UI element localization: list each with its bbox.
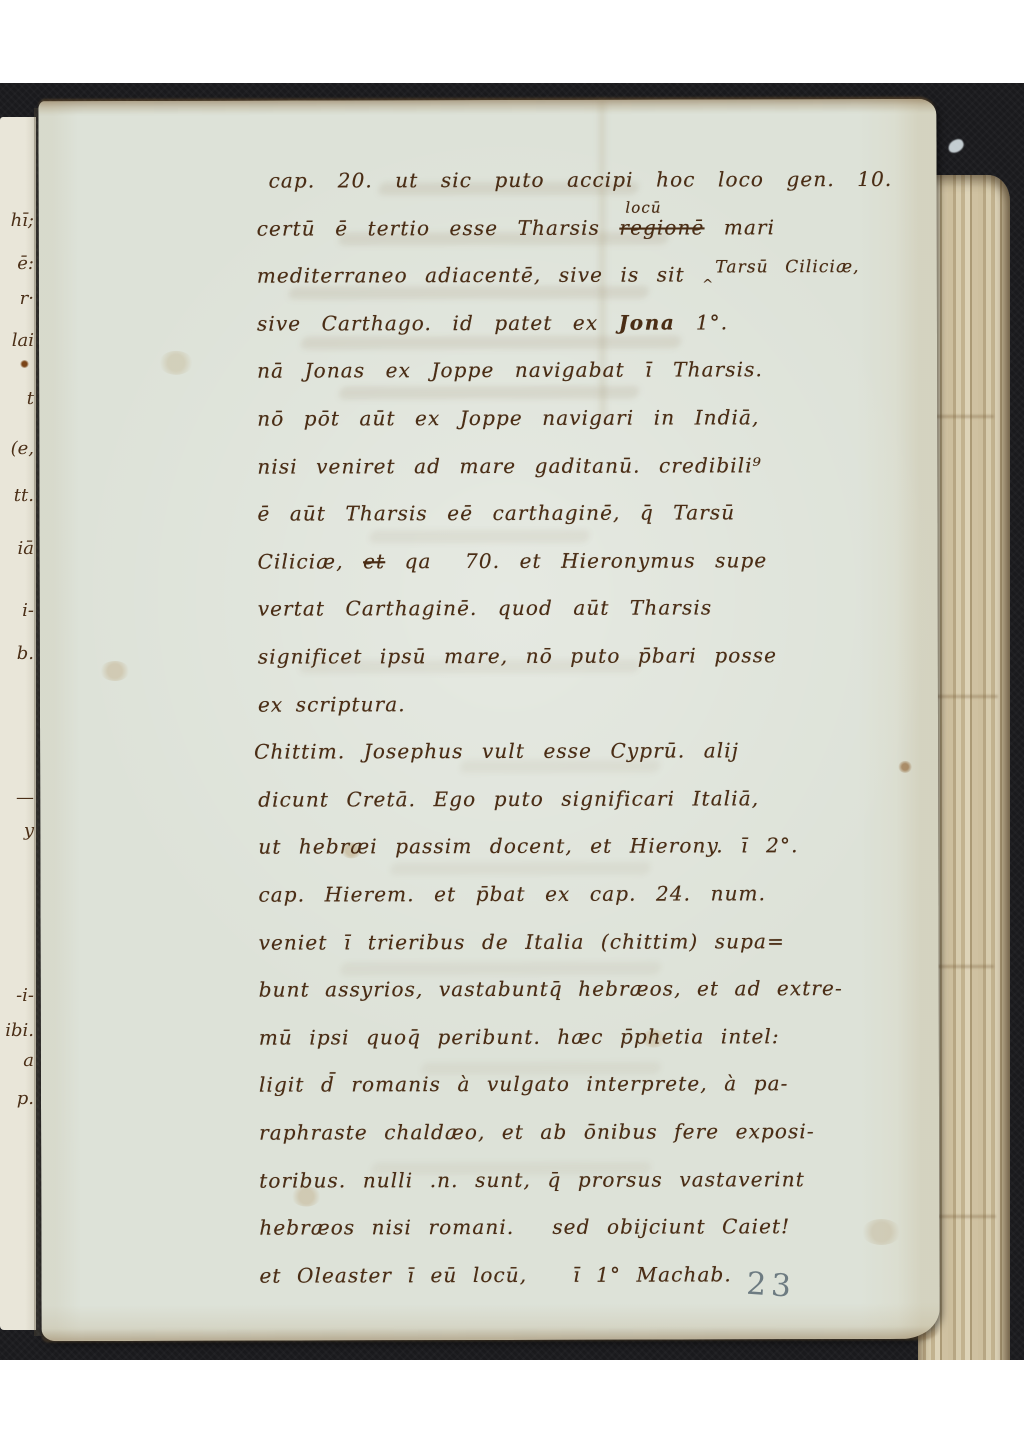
manuscript-line: raphraste chaldæo, et ab ōnibus fere exp… — [259, 1119, 815, 1144]
manuscript-line: mediterraneo adiacentē, sive is sit ^Tar… — [257, 262, 860, 288]
left-page-fragment: a — [0, 1050, 34, 1071]
scan-margin-top — [0, 0, 1024, 83]
text-block: cap. 20. ut sic puto accipi hoc loco gen… — [38, 99, 939, 1341]
manuscript-line: sive Carthago. id patet ex Jona 1°. — [257, 310, 728, 335]
manuscript-line: cap. Hierem. et p̄bat ex cap. 24. num. — [258, 881, 766, 906]
left-page-fragment: -i- — [0, 985, 34, 1006]
interline-insertion: Tarsū Ciliciæ, — [715, 257, 859, 277]
manuscript-line: hebræos nisi romani.sed obijciunt Caiet! — [259, 1214, 790, 1239]
manuscript-line: dicunt Cretā. Ego puto significari Itali… — [258, 786, 759, 811]
manuscript-line: ut hebræi passim docent, et Hierony. ī 2… — [258, 833, 798, 858]
manuscript-line: mū ipsi quoq̄ peribunt. hæc p̄phetia int… — [259, 1024, 780, 1049]
manuscript-line: nisi veniret ad mare gaditanū. credibili… — [257, 453, 762, 478]
left-page-fragment: y — [0, 820, 34, 841]
left-page-fragment: — — [0, 787, 34, 808]
manuscript-line: toribus. nulli .n. sunt, q̄ prorsus vast… — [259, 1167, 805, 1192]
manuscript-line: certū ē tertio esse Tharsis locūregionē … — [257, 215, 776, 240]
manuscript-line: ligit d̄ romanis à vulgato interprete, à… — [259, 1071, 789, 1096]
manuscript-line: significet ipsū mare, nō puto p̄bari pos… — [258, 643, 777, 668]
left-page-fragment: r· — [0, 288, 34, 309]
left-page-fragment: t — [0, 388, 34, 409]
strikethrough-text: regionē — [619, 215, 704, 239]
left-page-fragment: b. — [0, 643, 34, 664]
page-number-stamp: 23 — [745, 1266, 797, 1305]
left-page-fragment: (e, — [0, 438, 34, 459]
manuscript-line: ex scriptura. — [258, 692, 406, 716]
left-page-fragment: hī; — [0, 210, 34, 231]
left-page-fragment: p. — [0, 1088, 34, 1109]
manuscript-line: Ciliciæ, et qa 70. et Hieronymus supe — [258, 548, 768, 573]
left-page-sliver: hī;ē:r·lait(e,tt.iāi-b.—y-i-ibi.ap. — [0, 117, 36, 1330]
strikethrough-text: et — [363, 549, 385, 573]
manuscript-line: nō pōt aūt ex Joppe navigari in Indiā, — [257, 405, 759, 430]
manuscript-line: ē aūt Tharsis eē carthaginē, q̄ Tarsū — [257, 500, 735, 525]
left-page-fragment: iā — [0, 538, 34, 559]
fore-edge-streak — [928, 695, 998, 698]
left-page-fragment: ē: — [0, 253, 34, 274]
left-page-fragment: tt. — [0, 485, 34, 506]
left-page-fragment: i- — [0, 600, 34, 621]
stain — [20, 360, 29, 368]
interline-insertion: locū — [625, 199, 661, 217]
left-page-fragment: lai — [0, 330, 34, 351]
left-page-fragment: ibi. — [0, 1020, 34, 1041]
manuscript-line: cap. 20. ut sic puto accipi hoc loco gen… — [269, 167, 893, 193]
scan-margin-bottom — [0, 1360, 1024, 1448]
manuscript-line: bunt assyrios, vastabuntq̄ hebræos, et a… — [259, 976, 843, 1002]
manuscript-line: Chittim. Josephus vult esse Cyprū. alij — [254, 738, 739, 763]
manuscript-page: cap. 20. ut sic puto accipi hoc loco gen… — [38, 99, 939, 1341]
left-page-fragments: hī;ē:r·lait(e,tt.iāi-b.—y-i-ibi.ap. — [0, 117, 36, 1330]
manuscript-line: veniet ī trieribus de Italia (chittim) s… — [259, 929, 785, 954]
manuscript-line: et Oleaster ī eū locū,ī 1° Machab. — [259, 1262, 731, 1287]
caret-mark: ^ — [702, 277, 714, 292]
manuscript-line: vertat Carthaginē. quod aūt Tharsis — [258, 595, 713, 620]
manuscript-line: nā Jonas ex Joppe navigabat ī Tharsis. — [257, 357, 763, 382]
